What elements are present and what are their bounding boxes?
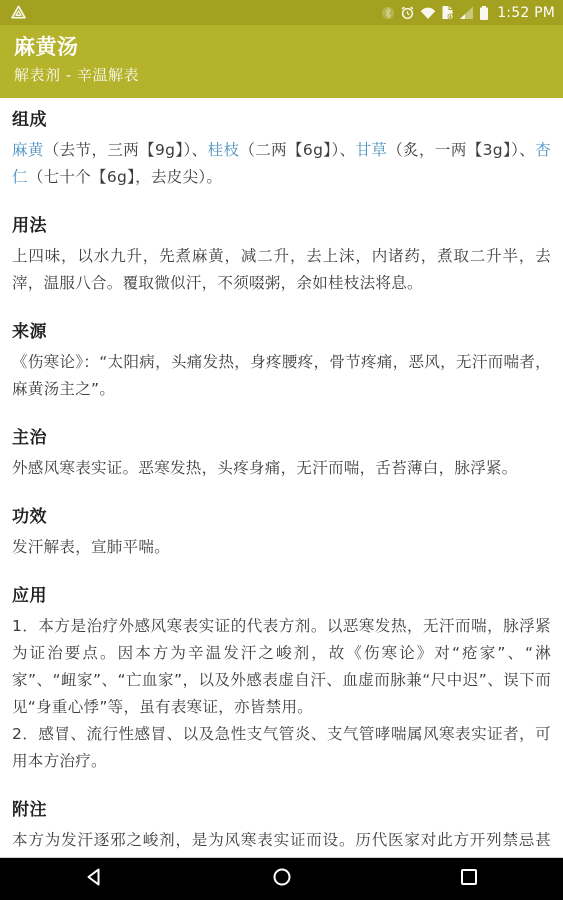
section-heading-composition: 组成 bbox=[12, 108, 551, 132]
application-item-1: 1．本方是治疗外感风寒表实证的代表方剂。以恶寒发热，无汗而喘，脉浮紧为证治要点。… bbox=[12, 613, 551, 721]
section-usage: 用法 上四味，以水九升，先煮麻黄，减二升，去上沫，内诸药，煮取二升半，去滓，温服… bbox=[12, 214, 551, 297]
composition-segment: （去节，三两【9g】）、 bbox=[44, 141, 208, 159]
section-heading-source: 来源 bbox=[12, 320, 551, 344]
download-icon bbox=[441, 5, 454, 20]
section-application: 应用 1．本方是治疗外感风寒表实证的代表方剂。以恶寒发热，无汗而喘，脉浮紧为证治… bbox=[12, 584, 551, 775]
app-bar: 麻黄汤 解表剂 - 辛温解表 bbox=[0, 25, 563, 98]
android-nav-bar bbox=[0, 858, 563, 900]
back-icon bbox=[84, 867, 104, 891]
back-button[interactable] bbox=[0, 858, 188, 900]
status-time: 1:52 PM bbox=[497, 5, 555, 21]
section-indications: 主治 外感风寒表实证。恶寒发热，头疼身痛，无汗而喘，舌苔薄白，脉浮紧。 bbox=[12, 426, 551, 482]
composition-segment: （七十个【6g】，去皮尖）。 bbox=[28, 168, 222, 186]
composition-segment: （炙，一两【3g】）、 bbox=[387, 141, 535, 159]
notes-text: 本方为发汗逐邪之峻剂，是为风寒表实证而设。历代医家对此方开列禁忌甚多，综合归纳大… bbox=[12, 827, 551, 858]
statusbar-right-cluster: 1:52 PM bbox=[381, 5, 555, 21]
section-heading-effects: 功效 bbox=[12, 505, 551, 529]
composition-segment: （二两【6g】）、 bbox=[239, 141, 355, 159]
herb-link-mahuang[interactable]: 麻黄 bbox=[12, 141, 44, 159]
notification-triangle-icon bbox=[10, 4, 27, 21]
composition-text: 麻黄（去节，三两【9g】）、桂枝（二两【6g】）、甘草（炙，一两【3g】）、杏仁… bbox=[12, 137, 551, 191]
section-effects: 功效 发汗解表，宣肺平喘。 bbox=[12, 505, 551, 561]
indications-text: 外感风寒表实证。恶寒发热，头疼身痛，无汗而喘，舌苔薄白，脉浮紧。 bbox=[12, 455, 551, 482]
section-heading-indications: 主治 bbox=[12, 426, 551, 450]
application-item-2: 2．感冒、流行性感冒、以及急性支气管炎、支气管哮喘属风寒表实证者，可用本方治疗。 bbox=[12, 721, 551, 775]
bluetooth-icon bbox=[381, 6, 395, 20]
recents-button[interactable] bbox=[375, 858, 563, 900]
effects-text: 发汗解表，宣肺平喘。 bbox=[12, 534, 551, 561]
section-heading-usage: 用法 bbox=[12, 214, 551, 238]
source-text: 《伤寒论》：“太阳病，头痛发热，身疼腰疼，骨节疼痛，恶风，无汗而喘者，麻黄汤主之… bbox=[12, 349, 551, 403]
recents-icon bbox=[459, 867, 479, 891]
section-composition: 组成 麻黄（去节，三两【9g】）、桂枝（二两【6g】）、甘草（炙，一两【3g】）… bbox=[12, 108, 551, 191]
herb-link-guizhi[interactable]: 桂枝 bbox=[208, 141, 240, 159]
page-title: 麻黄汤 bbox=[14, 33, 549, 61]
usage-text: 上四味，以水九升，先煮麻黄，减二升，去上沫，内诸药，煮取二升半，去滓，温服八合。… bbox=[12, 243, 551, 297]
signal-icon bbox=[459, 6, 474, 20]
home-button[interactable] bbox=[188, 858, 376, 900]
wifi-icon bbox=[420, 6, 436, 20]
section-heading-notes: 附注 bbox=[12, 798, 551, 822]
section-source: 来源 《伤寒论》：“太阳病，头痛发热，身疼腰疼，骨节疼痛，恶风，无汗而喘者，麻黄… bbox=[12, 320, 551, 403]
herb-link-gancao[interactable]: 甘草 bbox=[355, 141, 387, 159]
page-subtitle: 解表剂 - 辛温解表 bbox=[14, 64, 549, 86]
app-screen: 1:52 PM 麻黄汤 解表剂 - 辛温解表 组成 麻黄（去节，三两【9g】）、… bbox=[0, 0, 563, 900]
alarm-icon bbox=[400, 5, 415, 20]
battery-icon bbox=[479, 5, 489, 21]
article-content[interactable]: 组成 麻黄（去节，三两【9g】）、桂枝（二两【6g】）、甘草（炙，一两【3g】）… bbox=[0, 98, 563, 858]
section-notes: 附注 本方为发汗逐邪之峻剂，是为风寒表实证而设。历代医家对此方开列禁忌甚多，综合… bbox=[12, 798, 551, 858]
status-bar: 1:52 PM bbox=[0, 0, 563, 25]
section-heading-application: 应用 bbox=[12, 584, 551, 608]
home-icon bbox=[272, 867, 292, 891]
